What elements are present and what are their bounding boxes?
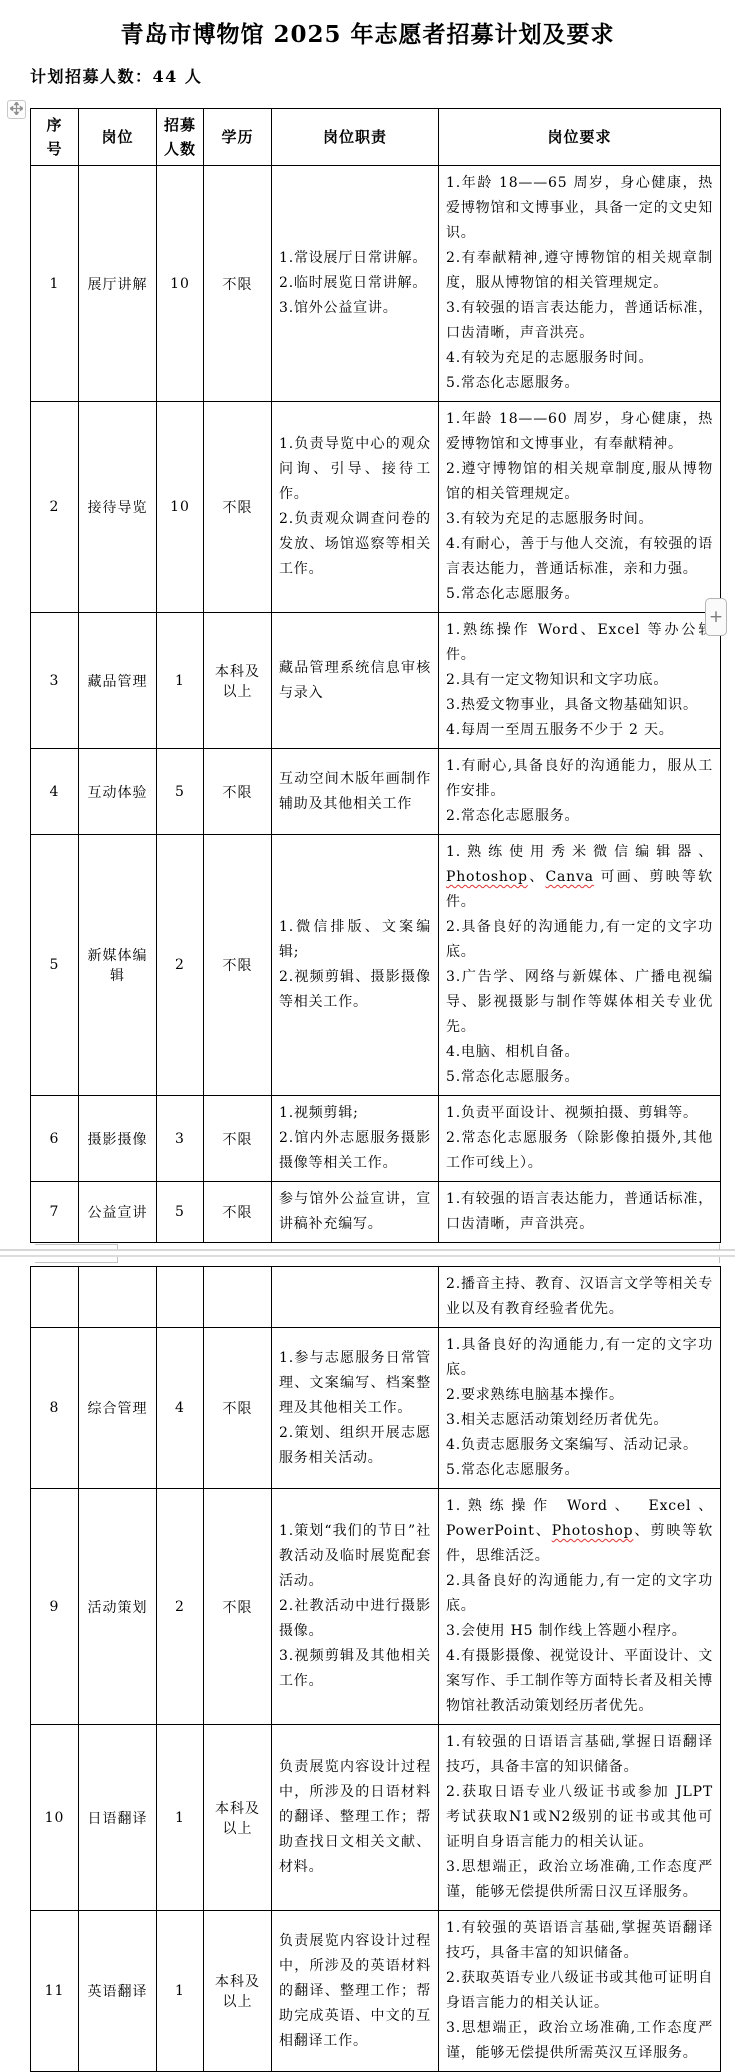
insert-button[interactable]: +	[705, 598, 727, 636]
cell-seq: 5	[31, 835, 79, 1096]
cell-seq: 10	[31, 1725, 79, 1911]
table-row: 8综合管理4不限1.参与志愿服务日常管理、文案编写、档案整理及其他相关工作。2.…	[31, 1328, 721, 1489]
cell-edu: 不限	[204, 1182, 272, 1243]
cell-post: 展厅讲解	[79, 166, 157, 402]
cell-count: 1	[157, 1911, 204, 2072]
cell-edu: 不限	[204, 166, 272, 402]
cell-edu: 不限	[204, 1328, 272, 1489]
cell-count: 5	[157, 749, 204, 835]
cell-post: 新媒体编辑	[79, 835, 157, 1096]
table-row: 1展厅讲解10不限1.常设展厅日常讲解。2.临时展览日常讲解。3.馆外公益宣讲。…	[31, 166, 721, 402]
cell-post: 互动体验	[79, 749, 157, 835]
cell-post: 公益宣讲	[79, 1182, 157, 1243]
cell-post: 综合管理	[79, 1328, 157, 1489]
cell-seq: 9	[31, 1489, 79, 1725]
cell-count: 2	[157, 835, 204, 1096]
cell-requirements: 1.负责平面设计、视频拍摄、剪辑等。2.常态化志愿服务（除影像拍摄外,其他工作可…	[439, 1096, 721, 1182]
cell-count: 2	[157, 1489, 204, 1725]
page-title: 青岛市博物馆 2025 年志愿者招募计划及要求	[0, 16, 735, 49]
cell-seq: 7	[31, 1182, 79, 1243]
cell-requirements: 1.熟练操作 Word、 Excel、PowerPoint、Photoshop、…	[439, 1489, 721, 1725]
header-cell: 学历	[204, 109, 272, 166]
recruitment-table-page-2: 2.播音主持、教育、汉语言文学等相关专业以及有教育经验者优先。8综合管理4不限1…	[30, 1266, 721, 2072]
cell-count: 1	[157, 613, 204, 749]
page-break	[0, 1243, 735, 1266]
cell-seq: 1	[31, 166, 79, 402]
cell-duties	[272, 1267, 439, 1328]
cell-count: 5	[157, 1182, 204, 1243]
cell-requirements: 1.有较强的语言表达能力，普通话标准，口齿清晰，声音洪亮。	[439, 1182, 721, 1243]
cell-duties: 互动空间木版年画制作辅助及其他相关工作	[272, 749, 439, 835]
table-row: 4互动体验5不限互动空间木版年画制作辅助及其他相关工作1.有耐心,具备良好的沟通…	[31, 749, 721, 835]
cell-edu: 本科及以上	[204, 613, 272, 749]
cell-duties: 负责展览内容设计过程中，所涉及的日语材料的翻译、整理工作；帮助查找日文相关文献、…	[272, 1725, 439, 1911]
cell-requirements: 2.播音主持、教育、汉语言文学等相关专业以及有教育经验者优先。	[439, 1267, 721, 1328]
cell-requirements: 1.年龄 18——60 周岁，身心健康，热爱博物馆和文博事业，有奉献精神。2.遵…	[439, 402, 721, 613]
cell-post: 藏品管理	[79, 613, 157, 749]
table-row: 11英语翻译1本科及以上负责展览内容设计过程中，所涉及的英语材料的翻译、整理工作…	[31, 1911, 721, 2072]
cell-edu	[204, 1267, 272, 1328]
header-cell: 序 号	[31, 109, 79, 166]
cell-requirements: 1.熟练使用秀米微信编辑器、Photoshop、Canva 可画、剪映等软件。2…	[439, 835, 721, 1096]
cell-seq: 8	[31, 1328, 79, 1489]
cell-requirements: 1.有较强的英语语言基础,掌握英语翻译技巧，具备丰富的知识储备。2.获取英语专业…	[439, 1911, 721, 2072]
table-row: 2接待导览10不限1.负责导览中心的观众问询、引导、接待工作。2.负责观众调查问…	[31, 402, 721, 613]
table-row: 10日语翻译1本科及以上负责展览内容设计过程中，所涉及的日语材料的翻译、整理工作…	[31, 1725, 721, 1911]
cell-seq	[31, 1267, 79, 1328]
cell-count: 3	[157, 1096, 204, 1182]
plus-icon: +	[709, 609, 723, 626]
cell-requirements: 1.有较强的日语语言基础,掌握日语翻译技巧，具备丰富的知识储备。2.获取日语专业…	[439, 1725, 721, 1911]
cell-requirements: 1.年龄 18——65 周岁，身心健康，热爱博物馆和文博事业，具备一定的文史知识…	[439, 166, 721, 402]
header-cell: 岗位	[79, 109, 157, 166]
cell-duties: 负责展览内容设计过程中，所涉及的英语材料的翻译、整理工作；帮助完成英语、中文的互…	[272, 1911, 439, 2072]
cell-edu: 不限	[204, 1489, 272, 1725]
cell-count: 10	[157, 166, 204, 402]
spellcheck-underline: Photoshop	[446, 869, 528, 885]
recruitment-table-page-1: 序 号岗位招募 人数学历岗位职责岗位要求 1展厅讲解10不限1.常设展厅日常讲解…	[30, 108, 721, 1243]
cell-post: 英语翻译	[79, 1911, 157, 2072]
cell-seq: 4	[31, 749, 79, 835]
table-header-row: 序 号岗位招募 人数学历岗位职责岗位要求	[31, 109, 721, 166]
table-row: 9活动策划2不限1.策划“我们的节日”社教活动及临时展览配套活动。2.社教活动中…	[31, 1489, 721, 1725]
cell-count: 1	[157, 1725, 204, 1911]
header-cell: 招募 人数	[157, 109, 204, 166]
cell-count: 10	[157, 402, 204, 613]
cell-seq: 6	[31, 1096, 79, 1182]
spellcheck-underline: Photoshop	[552, 1523, 634, 1539]
cell-post: 活动策划	[79, 1489, 157, 1725]
cell-post: 日语翻译	[79, 1725, 157, 1911]
move-arrows-icon	[10, 100, 23, 119]
cell-edu: 不限	[204, 749, 272, 835]
cell-requirements: 1.有耐心,具备良好的沟通能力，服从工作安排。2.常态化志愿服务。	[439, 749, 721, 835]
table-move-handle[interactable]	[7, 100, 26, 119]
cell-edu: 不限	[204, 1096, 272, 1182]
table-row: 2.播音主持、教育、汉语言文学等相关专业以及有教育经验者优先。	[31, 1267, 721, 1328]
cell-seq: 2	[31, 402, 79, 613]
cell-duties: 1.视频剪辑;2.馆内外志愿服务摄影摄像等相关工作。	[272, 1096, 439, 1182]
cell-count	[157, 1267, 204, 1328]
table-row: 7公益宣讲5不限参与馆外公益宣讲，宣讲稿补充编写。1.有较强的语言表达能力，普通…	[31, 1182, 721, 1243]
planned-recruit-count: 计划招募人数：44 人	[30, 64, 735, 87]
cell-duties: 1.微信排版、文案编辑;2.视频剪辑、摄影摄像等相关工作。	[272, 835, 439, 1096]
table-row: 6摄影摄像3不限1.视频剪辑;2.馆内外志愿服务摄影摄像等相关工作。1.负责平面…	[31, 1096, 721, 1182]
cell-duties: 1.常设展厅日常讲解。2.临时展览日常讲解。3.馆外公益宣讲。	[272, 166, 439, 402]
cell-edu: 不限	[204, 835, 272, 1096]
header-cell: 岗位要求	[439, 109, 721, 166]
cell-edu: 本科及以上	[204, 1725, 272, 1911]
header-cell: 岗位职责	[272, 109, 439, 166]
cell-count: 4	[157, 1328, 204, 1489]
cell-duties: 1.策划“我们的节日”社教活动及临时展览配套活动。2.社教活动中进行摄影摄像。3…	[272, 1489, 439, 1725]
cell-edu: 不限	[204, 402, 272, 613]
cell-duties: 1.参与志愿服务日常管理、文案编写、档案整理及其他相关工作。2.策划、组织开展志…	[272, 1328, 439, 1489]
cell-post: 摄影摄像	[79, 1096, 157, 1182]
cell-requirements: 1.具备良好的沟通能力,有一定的文字功底。2.要求熟练电脑基本操作。3.相关志愿…	[439, 1328, 721, 1489]
table-row: 3藏品管理1本科及以上藏品管理系统信息审核与录入1.熟练操作 Word、Exce…	[31, 613, 721, 749]
cell-edu: 本科及以上	[204, 1911, 272, 2072]
cell-seq: 3	[31, 613, 79, 749]
table-row: 5新媒体编辑2不限1.微信排版、文案编辑;2.视频剪辑、摄影摄像等相关工作。1.…	[31, 835, 721, 1096]
cell-post: 接待导览	[79, 402, 157, 613]
cell-seq: 11	[31, 1911, 79, 2072]
spellcheck-underline: Canva	[545, 869, 593, 885]
cell-duties: 藏品管理系统信息审核与录入	[272, 613, 439, 749]
cell-duties: 参与馆外公益宣讲，宣讲稿补充编写。	[272, 1182, 439, 1243]
cell-post	[79, 1267, 157, 1328]
cell-requirements: 1.熟练操作 Word、Excel 等办公软件。2.具有一定文物知识和文字功底。…	[439, 613, 721, 749]
cell-duties: 1.负责导览中心的观众问询、引导、接待工作。2.负责观众调查问卷的发放、场馆巡察…	[272, 402, 439, 613]
